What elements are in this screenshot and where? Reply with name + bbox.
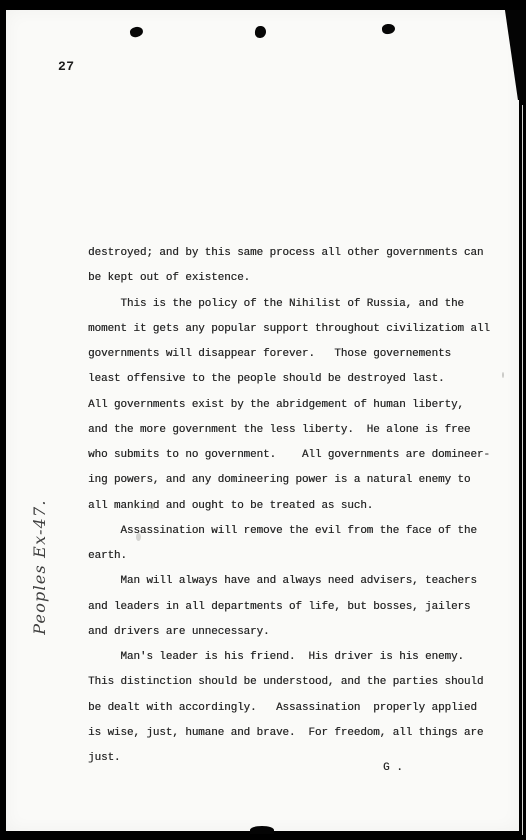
text-line: and drivers are unnecessary. — [88, 620, 490, 645]
text-line: Man's leader is his friend. His driver i… — [88, 645, 490, 670]
text-line: This is the policy of the Nihilist of Ru… — [88, 292, 490, 317]
text-line: Man will always have and always need adv… — [88, 569, 490, 594]
page-number: 27 — [58, 59, 75, 74]
text-line: just. — [88, 746, 490, 771]
text-line: and leaders in all departments of life, … — [88, 595, 490, 620]
text-line: All governments exist by the abridgement… — [88, 393, 490, 418]
text-line: earth. — [88, 544, 490, 569]
ink-smudge — [123, 602, 125, 605]
exhibit-handwriting-note: Peoples Ex-47. — [26, 472, 54, 662]
text-line: is wise, just, humane and brave. For fre… — [88, 721, 490, 746]
text-line: be kept out of existence. — [88, 266, 490, 291]
text-line: and the more government the less liberty… — [88, 418, 490, 443]
text-line: ing powers, and any domineering power is… — [88, 468, 490, 493]
text-line: destroyed; and by this same process all … — [88, 241, 490, 266]
ink-smudge — [136, 533, 141, 541]
paper-page: 27 destroyed; and by this same process a… — [6, 10, 519, 831]
text-line: who submits to no government. All govern… — [88, 443, 490, 468]
text-line: This distinction should be understood, a… — [88, 670, 490, 695]
initial-mark: G . — [383, 762, 403, 774]
text-line: least offensive to the people should be … — [88, 367, 490, 392]
text-line: moment it gets any popular support throu… — [88, 317, 490, 342]
ink-smudge — [502, 372, 504, 378]
text-line: governments will disappear forever. Thos… — [88, 342, 490, 367]
ink-smudge — [149, 504, 155, 509]
scanned-document-background: 27 destroyed; and by this same process a… — [0, 0, 526, 840]
text-line: Assassination will remove the evil from … — [88, 519, 490, 544]
scan-artifact — [250, 826, 274, 834]
text-line: be dealt with accordingly. Assassination… — [88, 696, 490, 721]
page-edge-shadow-line — [522, 105, 523, 835]
